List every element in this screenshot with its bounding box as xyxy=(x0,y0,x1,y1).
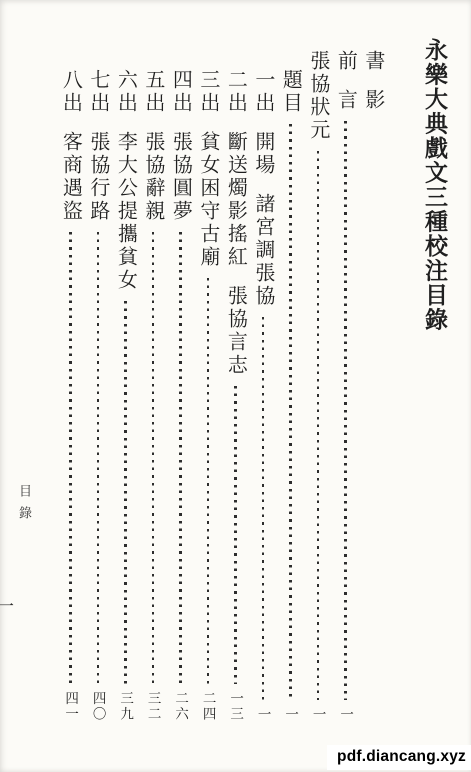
dotted-leader xyxy=(179,232,182,684)
toc-entry-label: 二出 xyxy=(225,69,245,115)
toc-entry-label: 張協言志 xyxy=(225,285,245,377)
scanned-book-page: 永樂大典戲文三種校注目錄 書影前言一張協狀元一題目一一出開場諸宮調張協一二出斷送… xyxy=(0,0,471,772)
toc-entry-label: 開場 xyxy=(253,131,273,177)
toc-entry-label: 七出 xyxy=(88,69,108,115)
toc-entry: 八出客商遇盜四一 xyxy=(57,50,85,722)
dotted-leader xyxy=(69,232,72,684)
toc-entry: 五出張協辭親三二 xyxy=(139,50,167,722)
dotted-leader xyxy=(207,278,210,684)
toc-entry-label: 張協辭親 xyxy=(143,131,163,223)
toc-entry-label: 斷送燭影搖紅 xyxy=(225,131,245,269)
toc-entry: 張協狀元一 xyxy=(304,50,332,722)
toc-entry-label: 張協狀元 xyxy=(308,50,328,142)
toc-entry-label: 題目 xyxy=(280,69,300,115)
toc-entry-label: 張協行路 xyxy=(88,131,108,223)
toc-page-number: 一 xyxy=(339,707,353,723)
dotted-leader xyxy=(97,232,100,684)
dotted-leader xyxy=(124,301,127,684)
folio-page-number: 一 xyxy=(0,592,14,617)
dotted-leader xyxy=(344,121,347,700)
dotted-leader xyxy=(152,232,155,684)
toc-entry: 一出開場諸宮調張協一 xyxy=(249,50,277,722)
toc-entry-label: 影 xyxy=(363,89,383,112)
toc-entry: 題目一 xyxy=(277,50,305,722)
toc-entry: 二出斷送燭影搖紅張協言志一三 xyxy=(222,50,250,722)
toc-page-number: 一三 xyxy=(229,691,243,722)
toc-entry-label: 一出 xyxy=(253,69,273,115)
dotted-leader xyxy=(262,317,265,700)
toc-page-number: 一 xyxy=(311,707,325,723)
toc-entry-label: 五出 xyxy=(143,69,163,115)
toc-entry-label: 貧女困守古廟 xyxy=(198,131,218,269)
toc-entry-label: 客商遇盜 xyxy=(60,131,80,223)
toc-entry: 四出張協圓夢二六 xyxy=(167,50,195,722)
toc-entry-label: 前 xyxy=(335,50,355,73)
toc-entry-label: 諸宮調張協 xyxy=(253,193,273,308)
toc-entry-label: 言 xyxy=(335,89,355,112)
toc-entry: 前言一 xyxy=(332,50,360,722)
toc-entry: 七出張協行路四〇 xyxy=(84,50,112,722)
toc-entry-label: 四出 xyxy=(170,69,190,115)
toc-page-number: 一 xyxy=(256,707,270,723)
toc-page-number: 二六 xyxy=(174,691,188,722)
page-title: 永樂大典戲文三種校注目錄 xyxy=(421,38,447,730)
toc-page-number: 一 xyxy=(284,707,298,723)
dotted-leader xyxy=(234,386,237,684)
toc: 永樂大典戲文三種校注目錄 書影前言一張協狀元一題目一一出開場諸宮調張協一二出斷送… xyxy=(34,38,447,730)
toc-page-number: 四一 xyxy=(64,691,78,722)
toc-entry-label: 李大公提攜貧女 xyxy=(115,131,135,292)
toc-entry-label: 張協圓夢 xyxy=(170,131,190,223)
margin-running-title: 目錄 xyxy=(15,484,34,528)
toc-entry-label: 八出 xyxy=(60,69,80,115)
toc-page-number: 三九 xyxy=(119,691,133,722)
toc-entry: 書影 xyxy=(359,50,387,722)
toc-entry-label: 書 xyxy=(363,50,383,73)
toc-entry: 三出貧女困守古廟二四 xyxy=(194,50,222,722)
toc-entry-label: 三出 xyxy=(198,69,218,115)
toc-entry-label: 六出 xyxy=(115,69,135,115)
toc-page-number: 四〇 xyxy=(91,691,105,722)
dotted-leader xyxy=(317,151,320,700)
toc-page-number: 三二 xyxy=(146,691,160,722)
watermark-text: pdf.diancang.xyz xyxy=(327,745,471,770)
toc-entry: 六出李大公提攜貧女三九 xyxy=(112,50,140,722)
dotted-leader xyxy=(289,124,292,700)
toc-page-number: 二四 xyxy=(201,691,215,722)
